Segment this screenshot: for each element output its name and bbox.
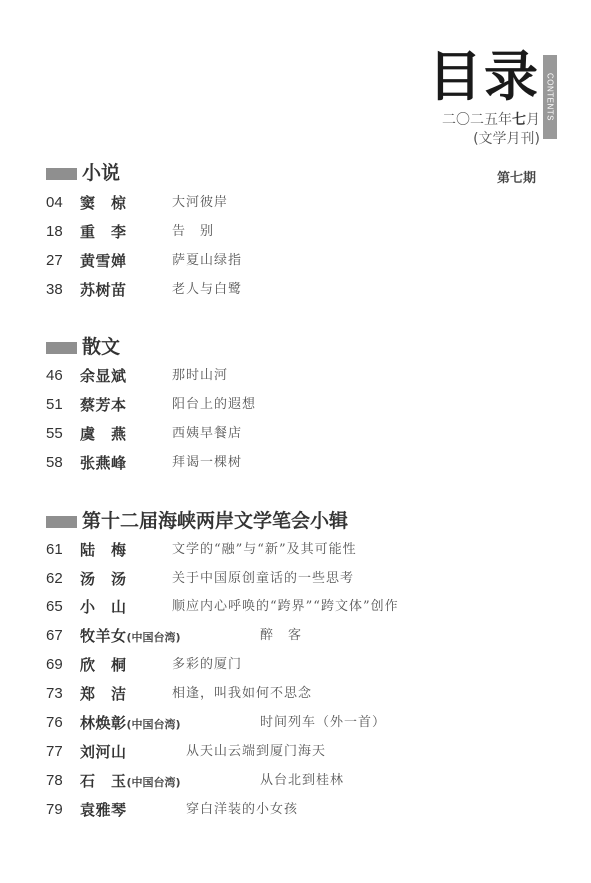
page-number: 77 xyxy=(46,741,76,763)
section-marker xyxy=(46,168,77,180)
page-number: 76 xyxy=(46,712,76,734)
author: 重 李 xyxy=(80,221,127,243)
section-marker xyxy=(46,342,77,354)
work-title: 阳台上的遐想 xyxy=(172,394,256,416)
contents-bar: CONTENTS xyxy=(543,55,557,139)
work-title: 告 别 xyxy=(172,221,214,243)
page-number: 38 xyxy=(46,279,76,301)
author-region: (中国台湾) xyxy=(127,631,181,644)
work-title: 顺应内心呼唤的“跨界”“跨文体”创作 xyxy=(172,596,399,618)
work-title: 从台北到桂林 xyxy=(260,770,344,792)
author-region: (中国台湾) xyxy=(127,776,181,789)
author-region: (中国台湾) xyxy=(127,718,181,731)
page-number: 78 xyxy=(46,770,76,792)
issue-date-month: 七 xyxy=(512,112,526,128)
page-number: 79 xyxy=(46,799,76,821)
publication-type: (文学月刊) xyxy=(473,128,540,148)
work-title: 那时山河 xyxy=(172,365,228,387)
issue-date-suffix: 月 xyxy=(526,112,540,128)
author: 余显斌 xyxy=(80,365,127,387)
author: 黄雪婵 xyxy=(80,250,127,272)
work-title: 相逢，叫我如何不思念 xyxy=(172,683,312,705)
work-title: 醉 客 xyxy=(260,625,302,647)
section-title: 散文 xyxy=(82,335,120,359)
section-title: 小说 xyxy=(82,161,120,185)
page-number: 27 xyxy=(46,250,76,272)
author: 虞 燕 xyxy=(80,423,127,445)
work-title: 西姨早餐店 xyxy=(172,423,242,445)
author: 欣 桐 xyxy=(80,654,127,676)
author: 张燕峰 xyxy=(80,452,127,474)
author: 蔡芳本 xyxy=(80,394,127,416)
page-number: 65 xyxy=(46,596,76,618)
work-title: 从天山云端到厦门海天 xyxy=(186,741,326,763)
author: 刘河山 xyxy=(80,741,127,763)
page-number: 61 xyxy=(46,539,76,561)
author: 袁雅琴 xyxy=(80,799,127,821)
work-title: 时间列车（外一首） xyxy=(260,712,386,734)
section-title: 第十二届海峡两岸文学笔会小辑 xyxy=(82,509,348,533)
page-number: 58 xyxy=(46,452,76,474)
page-number: 62 xyxy=(46,568,76,590)
author-name: 牧羊女 xyxy=(80,627,127,645)
page-number: 46 xyxy=(46,365,76,387)
issue-date-prefix: 二〇二五年 xyxy=(442,112,512,128)
author: 小 山 xyxy=(80,596,127,618)
author: 牧羊女(中国台湾) xyxy=(80,625,181,649)
author: 郑 洁 xyxy=(80,683,127,705)
page-number: 55 xyxy=(46,423,76,445)
page-number: 69 xyxy=(46,654,76,676)
page-number: 73 xyxy=(46,683,76,705)
work-title: 拜谒一棵树 xyxy=(172,452,242,474)
author: 苏树苗 xyxy=(80,279,127,301)
section-marker xyxy=(46,516,77,528)
author-name: 林焕彰 xyxy=(80,714,127,732)
page-number: 67 xyxy=(46,625,76,647)
author: 林焕彰(中国台湾) xyxy=(80,712,181,736)
page-number: 51 xyxy=(46,394,76,416)
issue-number: 第七期 xyxy=(497,167,536,186)
author: 汤 汤 xyxy=(80,568,127,590)
contents-label: CONTENTS xyxy=(546,73,555,121)
work-title: 关于中国原创童话的一些思考 xyxy=(172,568,354,590)
work-title: 老人与白鹭 xyxy=(172,279,242,301)
work-title: 多彩的厦门 xyxy=(172,654,242,676)
work-title: 穿白洋装的小女孩 xyxy=(186,799,298,821)
page-number: 04 xyxy=(46,192,76,214)
work-title: 大河彼岸 xyxy=(172,192,228,214)
work-title: 文学的“融”与“新”及其可能性 xyxy=(172,539,357,561)
author-name: 石 玉 xyxy=(80,772,127,790)
work-title: 萨夏山绿指 xyxy=(172,250,242,272)
toc-title: 目录 xyxy=(428,44,540,110)
author: 陆 梅 xyxy=(80,539,127,561)
author: 窦 椋 xyxy=(80,192,127,214)
issue-date: 二〇二五年七月 xyxy=(442,109,540,129)
page-number: 18 xyxy=(46,221,76,243)
author: 石 玉(中国台湾) xyxy=(80,770,181,794)
